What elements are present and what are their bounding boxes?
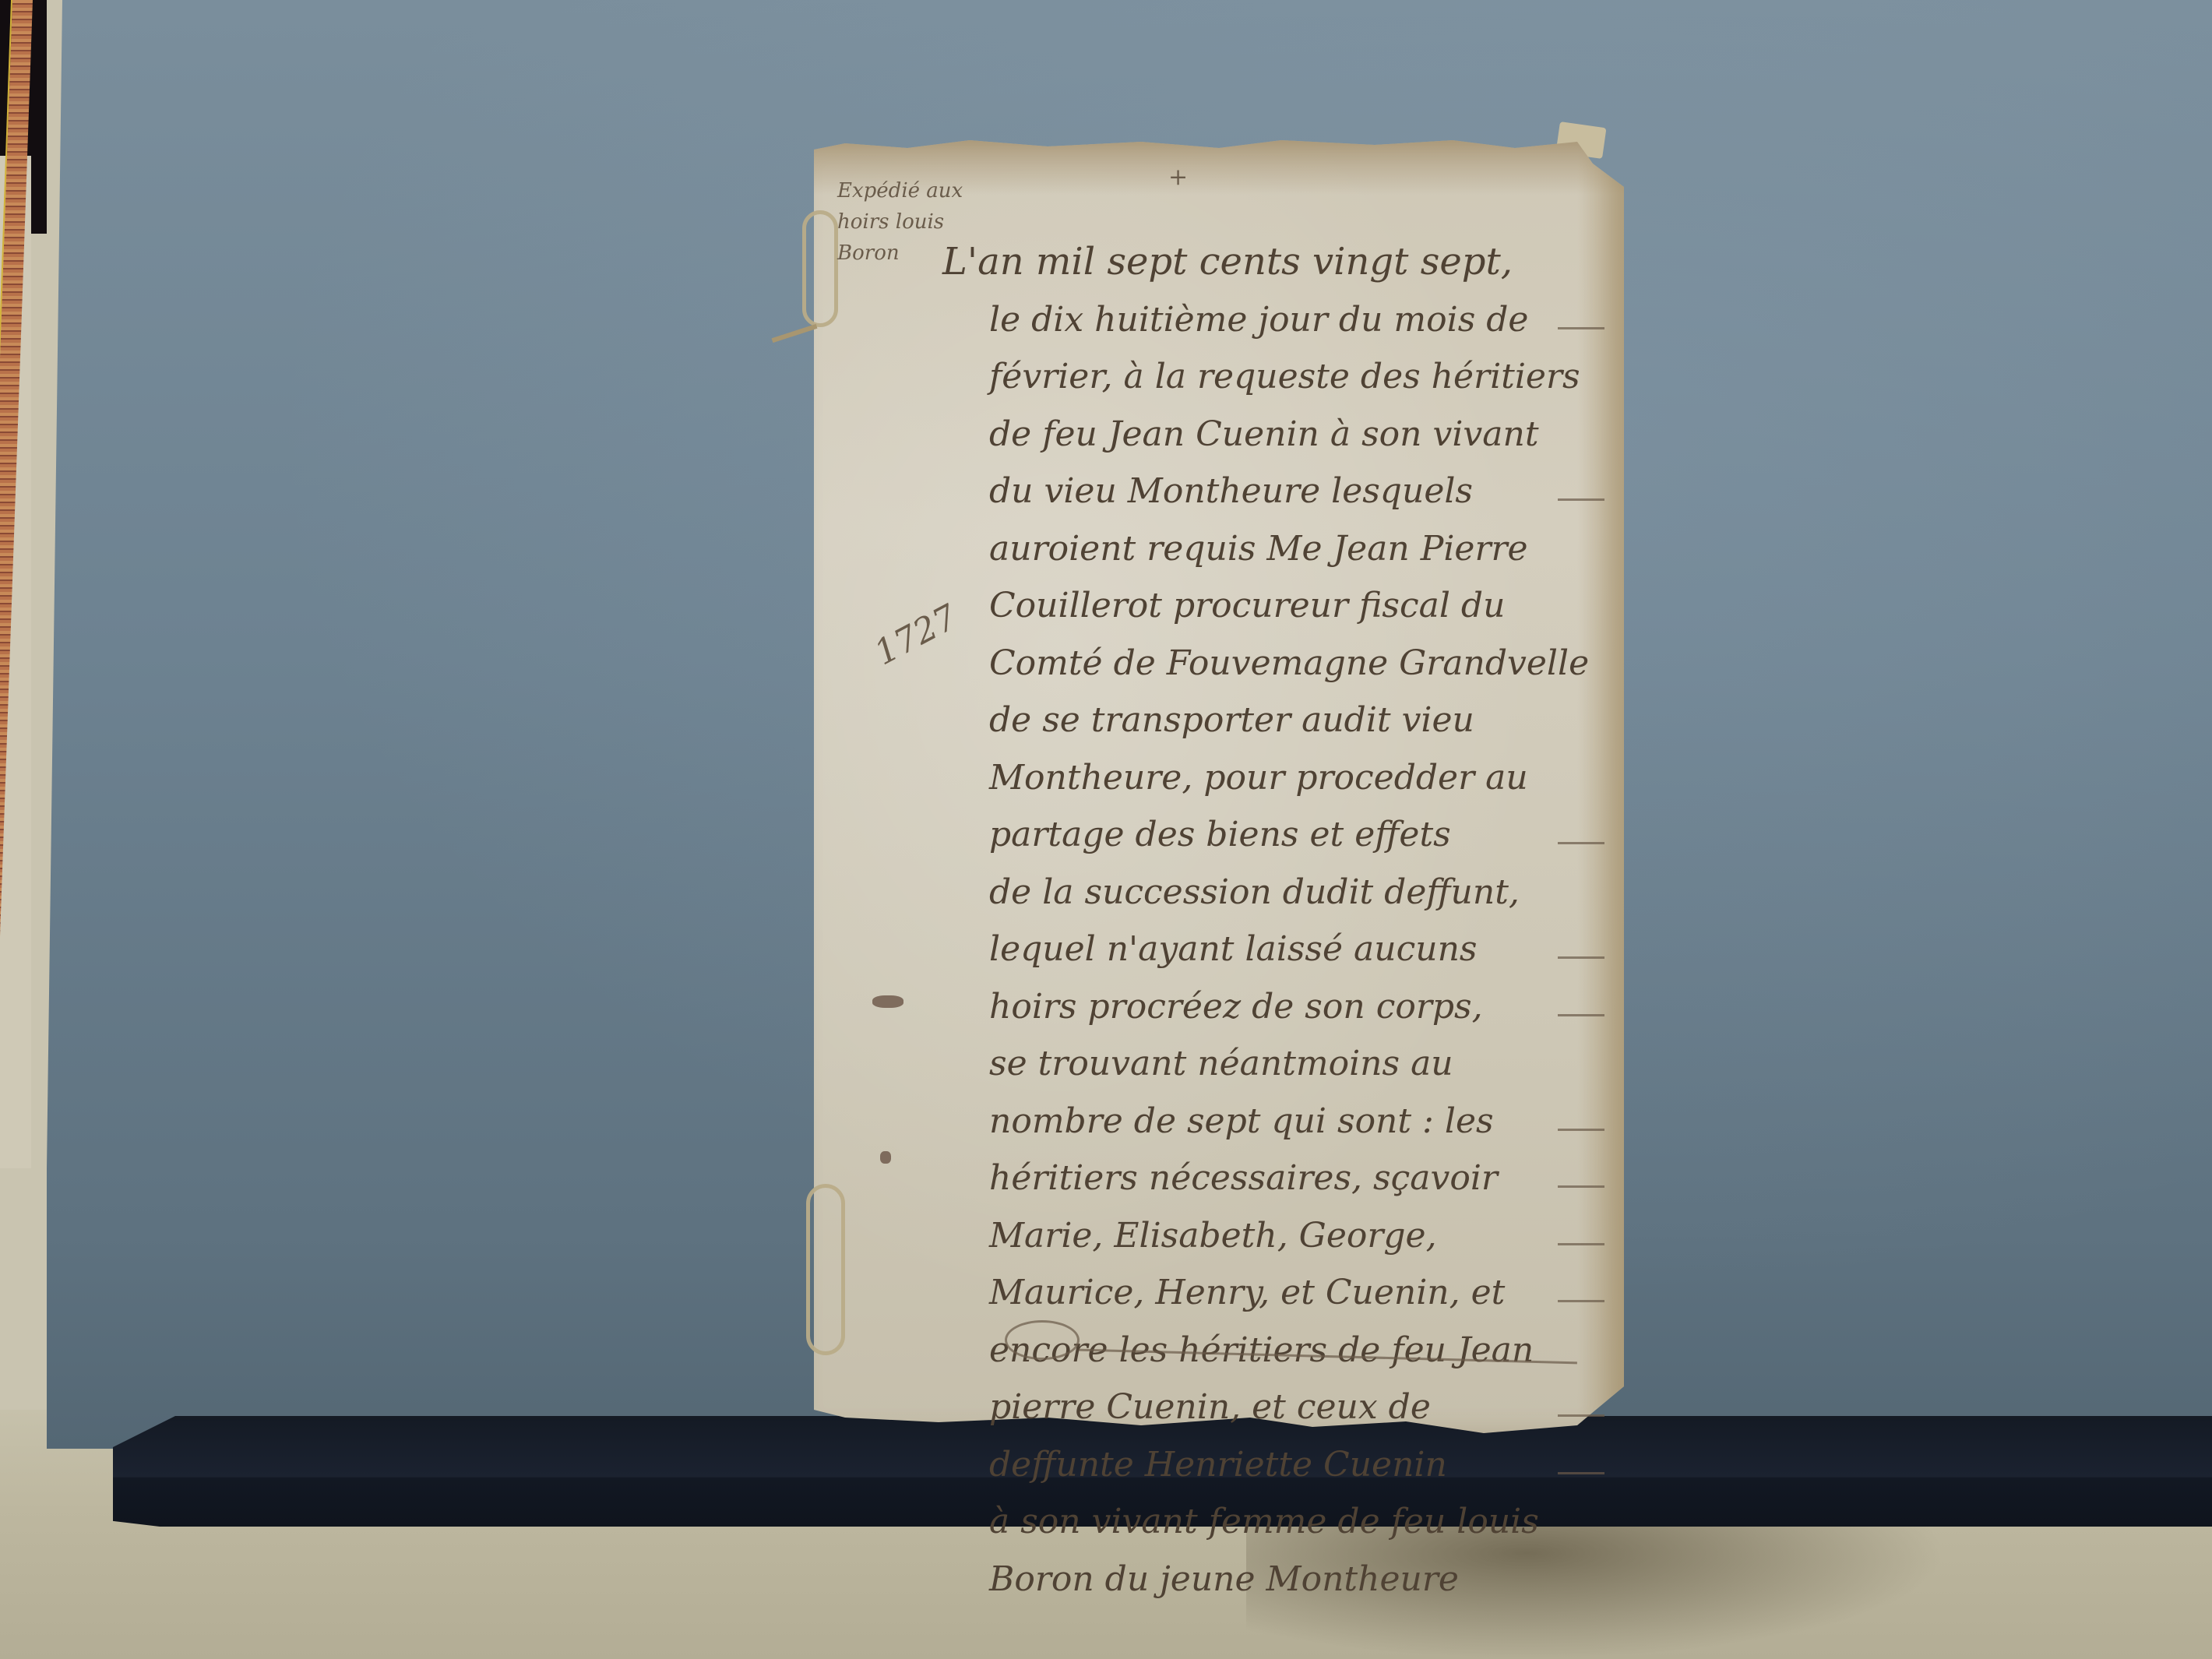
paraph-flourish [1005,1320,1080,1360]
text-line: partage des biens et effets [989,806,1604,864]
text-line: Maurice, Henry, et Cuenin, et [989,1264,1604,1322]
manuscript-body: L'an mil sept cents vingt sept, le dix h… [989,234,1604,1608]
text-line: février, à la requeste des héritiers [989,348,1604,406]
binding-string-bottom [806,1184,845,1355]
text-line: de se transporter audit vieu [989,692,1604,749]
ink-blot [880,1151,891,1164]
text-line: Comté de Fouvemagne Grandvelle [989,635,1604,692]
text-line: lequel n'ayant laissé aucuns [989,921,1604,978]
ink-blot [872,995,903,1008]
text-line: de feu Jean Cuenin à son vivant [989,406,1604,463]
text-line: nombre de sept qui sont : les [989,1093,1604,1150]
text-line: le dix huitième jour du mois de [989,291,1604,349]
text-line: Boron du jeune Montheure [989,1551,1604,1608]
text-line: Marie, Elisabeth, George, [989,1207,1604,1265]
photo-scene: Expédié aux hoirs louis Boron + 1727 L'a… [0,0,2212,1659]
binding-string-top [802,210,838,327]
text-line: se trouvant néantmoins au [989,1035,1604,1093]
text-line: auroient requis Me Jean Pierre [989,520,1604,578]
text-line: héritiers nécessaires, sçavoir [989,1150,1604,1207]
text-line: deffunte Henriette Cuenin [989,1436,1604,1494]
text-line: du vieu Montheure lesquels [989,463,1604,520]
text-line: Couillerot procureur fiscal du [989,577,1604,635]
text-line: L'an mil sept cents vingt sept, [942,234,1604,291]
text-line: de la succession dudit deffunt, [989,864,1604,921]
text-line: à son vivant femme de feu louis [989,1493,1604,1551]
text-line: Montheure, pour procedder au [989,749,1604,807]
text-line: pierre Cuenin, et ceux de [989,1379,1604,1436]
text-line: hoirs procréez de son corps, [989,978,1604,1036]
cross-mark: + [1168,164,1188,191]
